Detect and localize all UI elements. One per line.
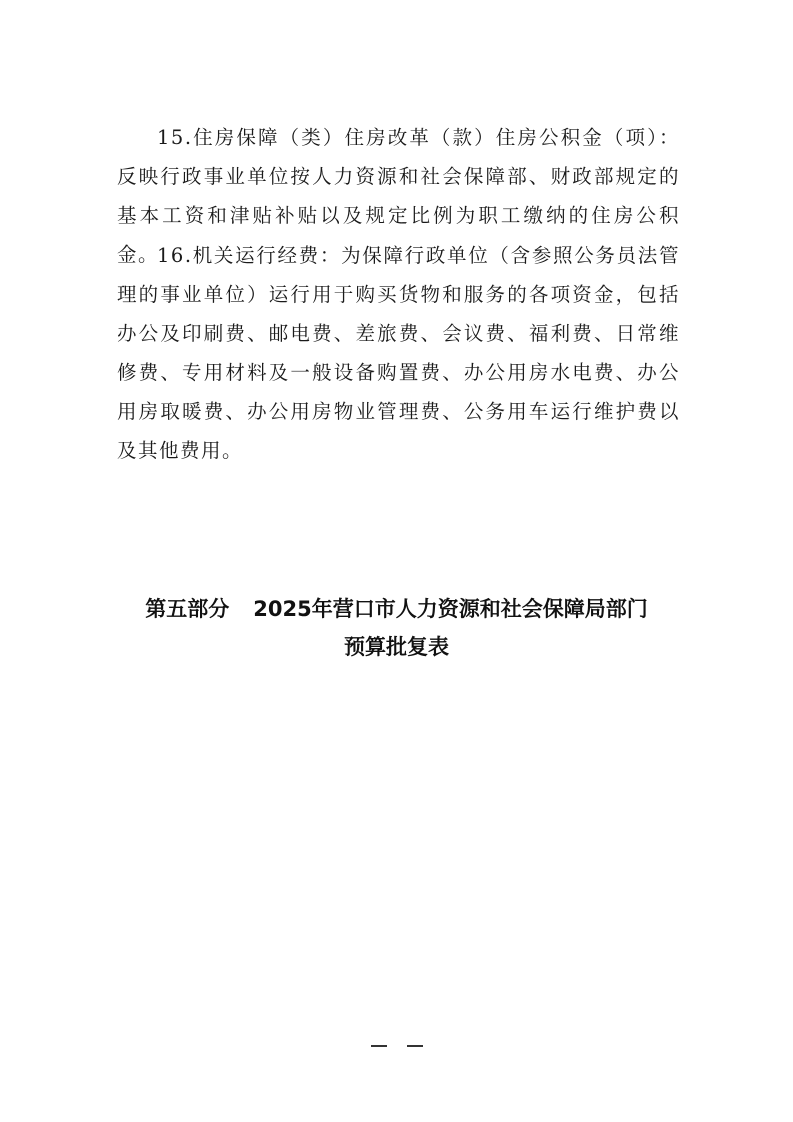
item-number: 15. xyxy=(157,126,193,149)
page-footer xyxy=(0,1035,793,1054)
footer-dash-left xyxy=(371,1045,387,1047)
item-number: 16. xyxy=(157,244,193,267)
footer-dash-right xyxy=(407,1045,423,1047)
item-text: 机关运行经费：为保障行政单位（含参照公务员法管理的事业单位）运行用于购买货物和服… xyxy=(117,244,680,462)
paragraph-item-16: 16.机关运行经费：为保障行政单位（含参照公务员法管理的事业单位）运行用于购买货… xyxy=(117,236,680,470)
section-heading: 第五部分2025年营口市人力资源和社会保障局部门 预算批复表 xyxy=(100,590,693,666)
section-part-label: 第五部分 xyxy=(145,597,229,621)
section-title-text: 2025年营口市人力资源和社会保障局部门 xyxy=(253,597,647,621)
section-heading-line-1: 第五部分2025年营口市人力资源和社会保障局部门 xyxy=(100,590,693,628)
section-heading-line-2: 预算批复表 xyxy=(100,628,693,666)
